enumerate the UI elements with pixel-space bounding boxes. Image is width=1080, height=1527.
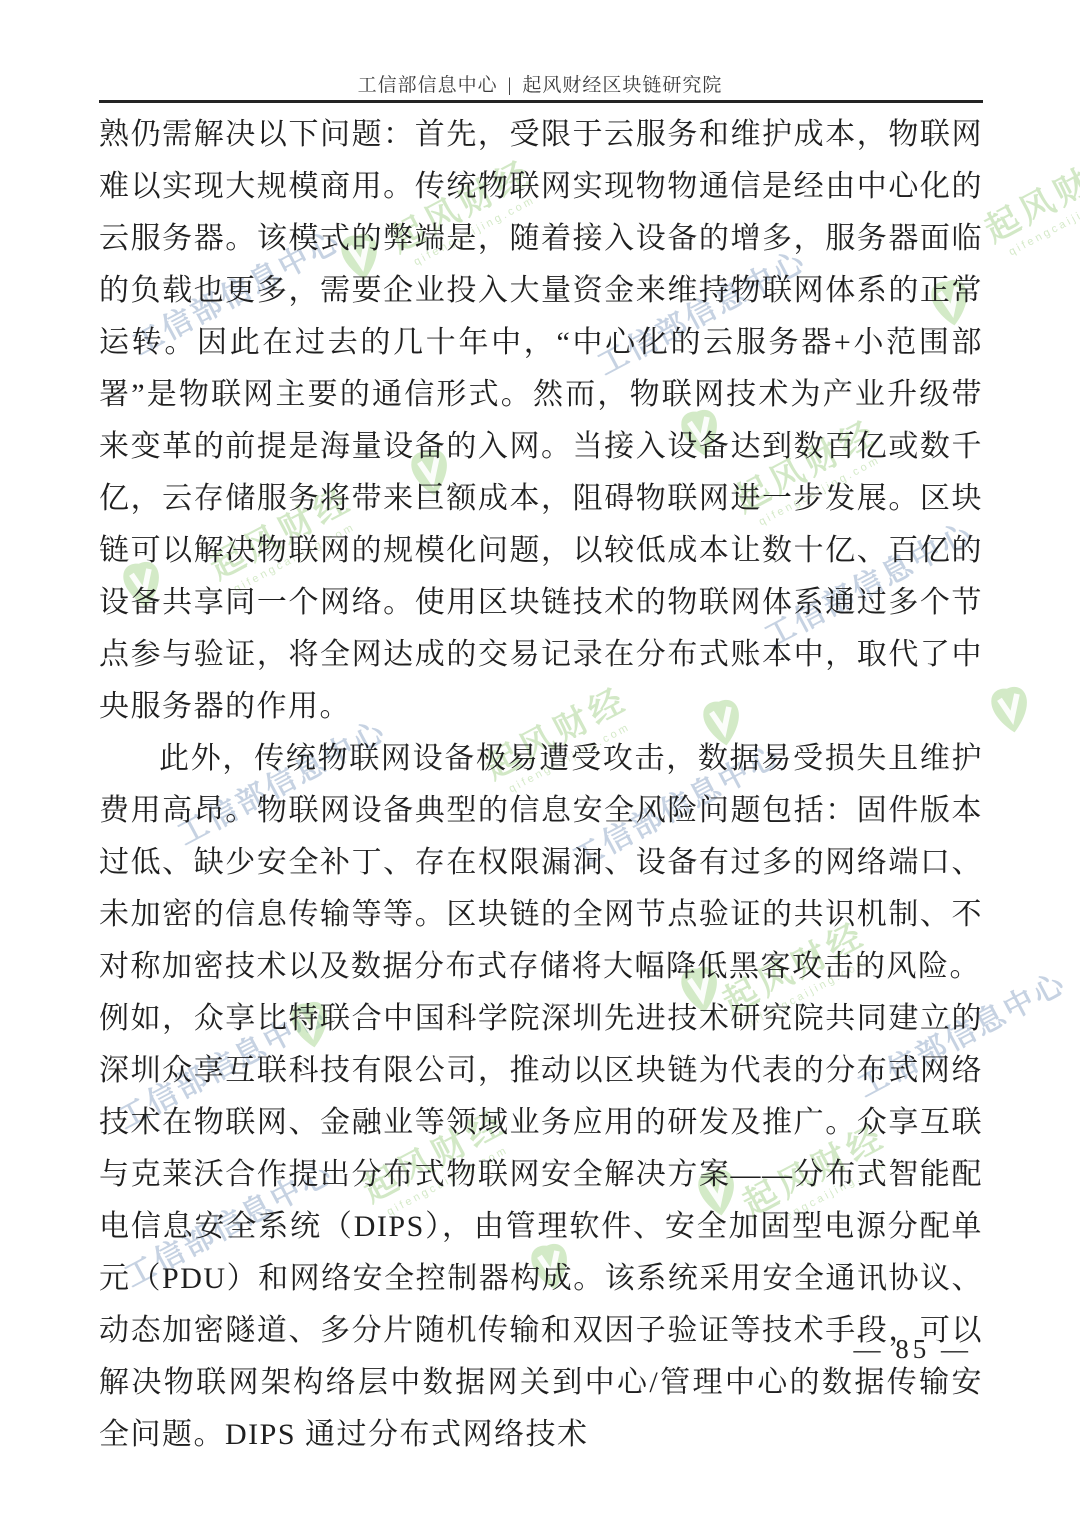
watermark-brand-text: 起风财经qifengcaijing.com — [975, 135, 1080, 263]
watermark-leaf-logo — [984, 681, 1039, 743]
document-body: 熟仍需解决以下问题：首先，受限于云服务和维护成本，物联网难以实现大规模商用。传统… — [99, 109, 983, 1461]
page-header: 工信部信息中心|起风财经区块链研究院 — [0, 70, 1080, 97]
header-right-text: 起风财经区块链研究院 — [522, 75, 722, 96]
header-left-text: 工信部信息中心 — [358, 75, 498, 96]
paragraph-3: 例如，众享比特联合中国科学院深圳先进技术研究院共同建立的深圳众享互联科技有限公司… — [99, 993, 983, 1461]
page-number: — 85 — — [854, 1334, 973, 1365]
paragraph-1: 熟仍需解决以下问题：首先，受限于云服务和维护成本，物联网难以实现大规模商用。传统… — [99, 109, 983, 733]
header-separator: | — [508, 75, 513, 96]
header-divider — [99, 100, 983, 103]
watermark-brand-subtext: qifengcaijing.com — [998, 179, 1080, 263]
watermark-leaf-logo-icon — [984, 681, 1038, 738]
paragraph-2: 此外，传统物联网设备极易遭受攻击，数据易受损失且维护费用高昂。物联网设备典型的信… — [99, 733, 983, 993]
document-page: 起风财经qifengcaijing.com起风财经qifengcaijing.c… — [0, 0, 1080, 1527]
